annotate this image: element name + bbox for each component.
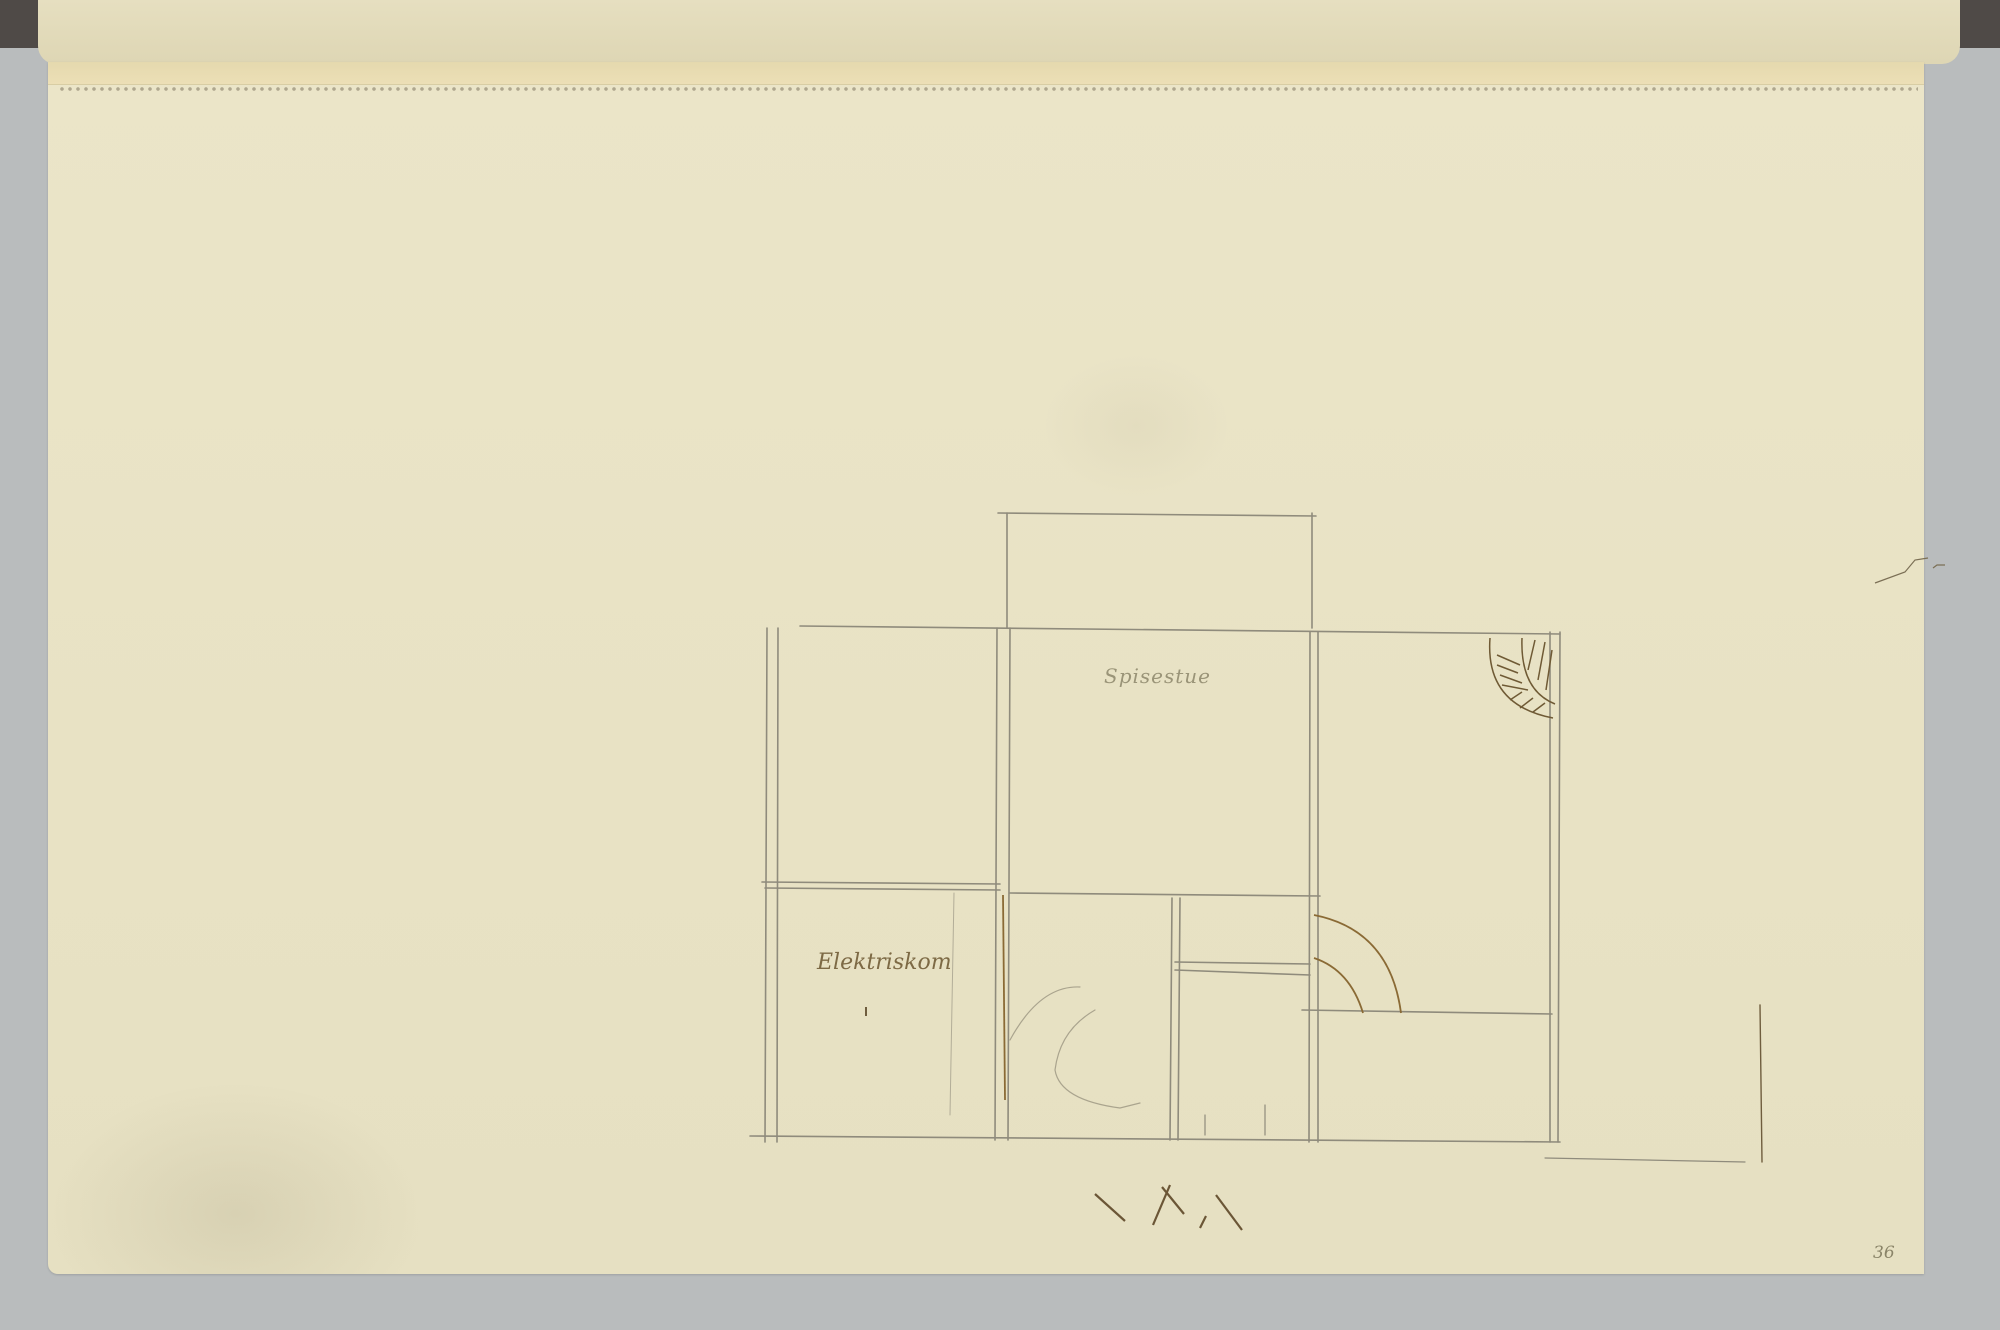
room-label-spisestue: Spisestue: [1104, 664, 1211, 688]
floor-plan-drawing: [0, 0, 2000, 1330]
outer-walls: [750, 626, 1560, 1142]
page-number: 36: [1873, 1243, 1895, 1263]
corner-stove-icon: [1490, 638, 1555, 718]
alcove-sketch: [1010, 987, 1140, 1108]
bottom-marks: [1095, 1185, 1242, 1230]
door-swing-arcs: [1003, 895, 1401, 1100]
room-label-elektriskom: Elektriskom: [817, 950, 952, 975]
interior-walls: [762, 628, 1762, 1162]
margin-scribble: [1875, 558, 1945, 583]
room-top-annex: [998, 513, 1316, 628]
